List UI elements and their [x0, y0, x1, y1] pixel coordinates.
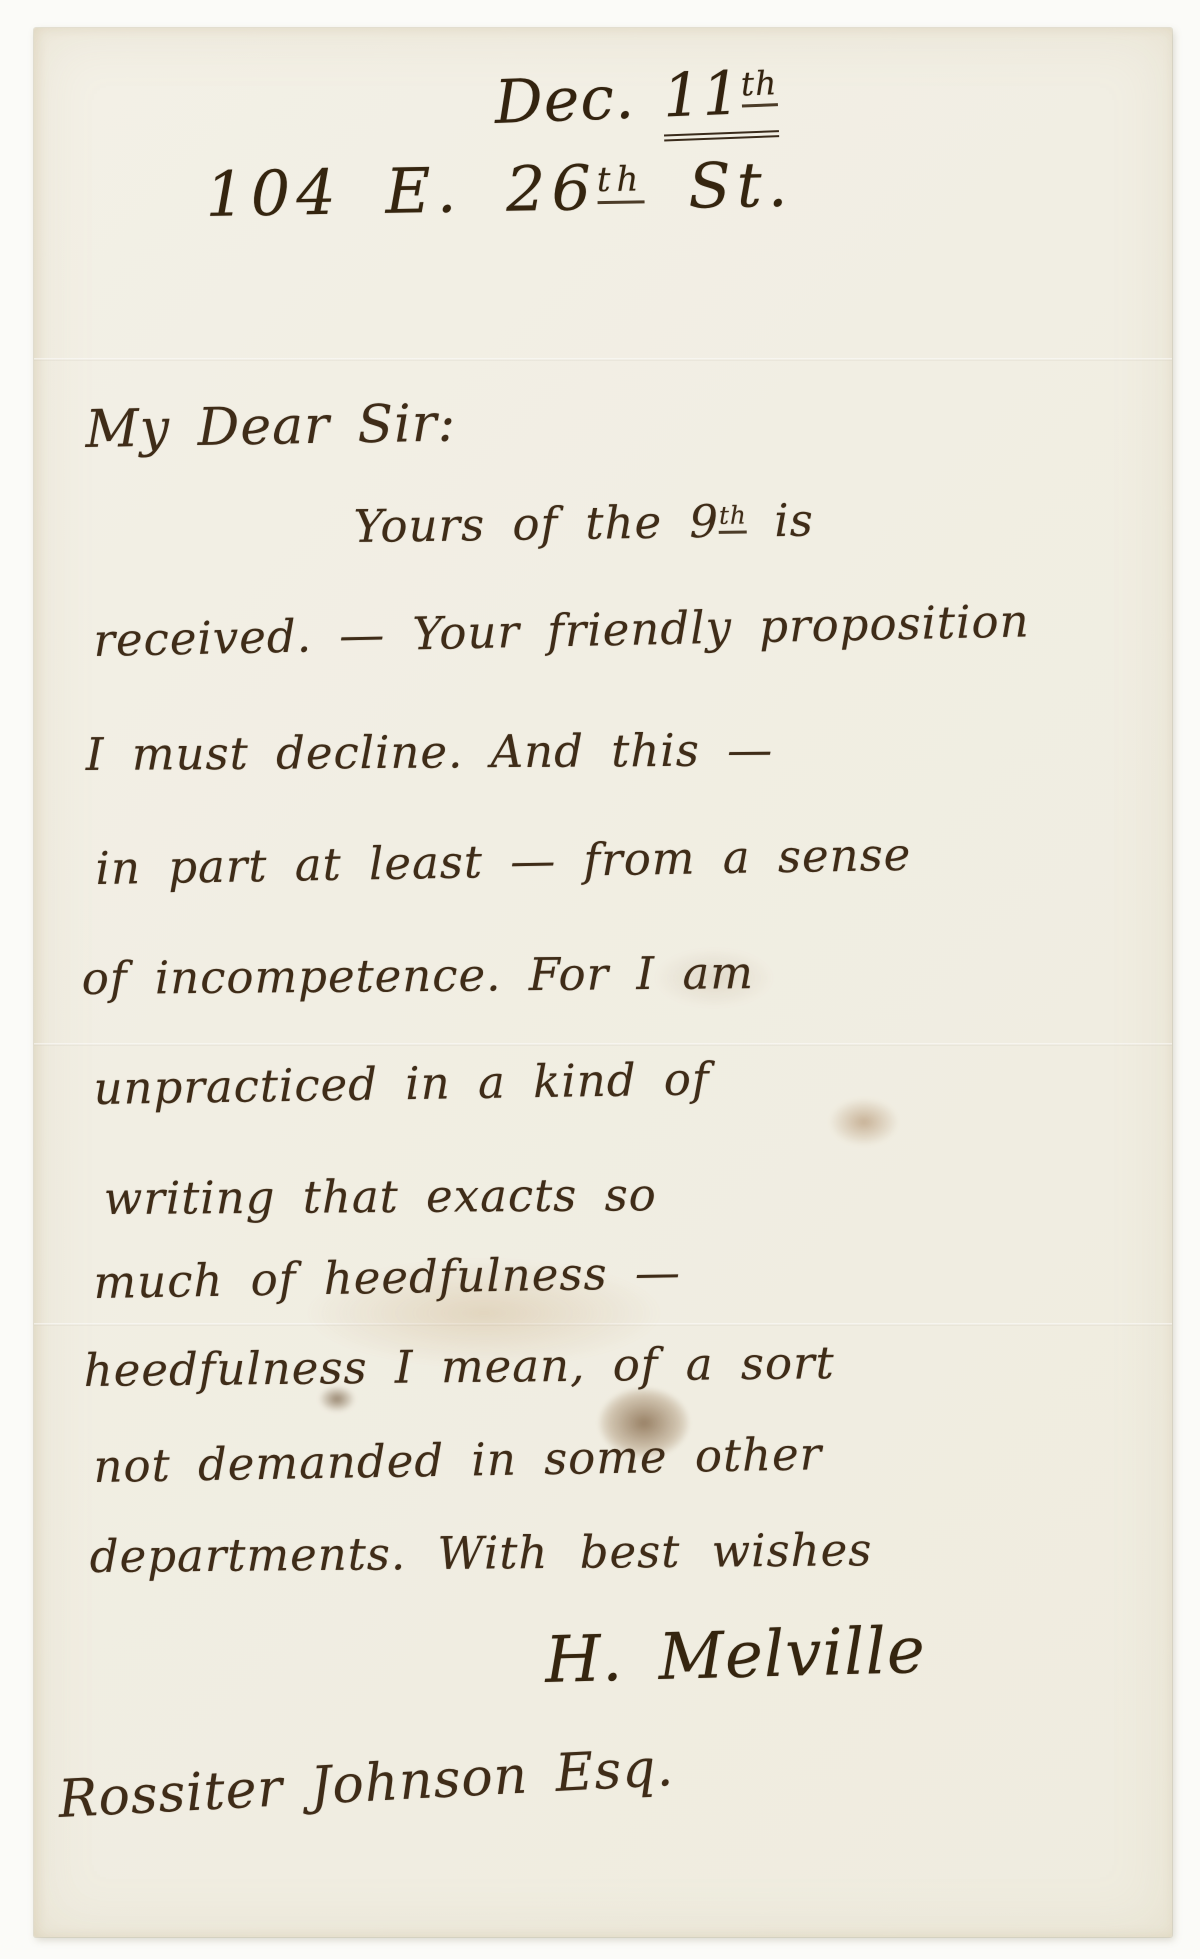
fold-crease	[34, 1043, 1172, 1046]
scanned-letter: Dec. 11th 104 E. 26th St. My Dear Sir: Y…	[0, 0, 1200, 1959]
body-line: Yours of the 9th is	[353, 494, 814, 553]
body-line: in part at least — from a sense	[95, 828, 912, 895]
body-line: writing that exacts so	[104, 1168, 657, 1225]
letter-paper: Dec. 11th 104 E. 26th St. My Dear Sir: Y…	[34, 28, 1172, 1937]
body-line: of incompetence. For I am	[82, 946, 755, 1005]
date-number: 11th	[662, 57, 780, 141]
address-line: 104 E. 26th St.	[205, 148, 794, 231]
signature: H. Melville	[544, 1614, 927, 1698]
salutation: My Dear Sir:	[85, 394, 457, 460]
address-ordinal: th	[596, 159, 644, 204]
date-line: Dec. 11th	[493, 57, 779, 138]
body-line: not demanded in some other	[93, 1427, 823, 1493]
date-ordinal: th	[740, 64, 778, 108]
date-month: Dec.	[493, 63, 636, 138]
body-line: heedfulness I mean, of a sort	[83, 1336, 834, 1397]
body-line: I must decline. And this —	[86, 723, 774, 781]
address-number: 104 E. 26	[205, 151, 598, 231]
ink-stain	[829, 1098, 899, 1146]
body-line: received. — Your friendly proposition	[93, 594, 1030, 667]
addressee-line: Rossiter Johnson Esq.	[57, 1738, 675, 1830]
body-line: departments. With best wishes	[90, 1523, 873, 1583]
body-line: unpracticed in a kind of	[93, 1052, 710, 1115]
address-street: St.	[644, 148, 794, 224]
fold-crease	[34, 358, 1172, 361]
body-line: much of heedfulness —	[93, 1246, 681, 1309]
fold-crease	[34, 1323, 1172, 1326]
